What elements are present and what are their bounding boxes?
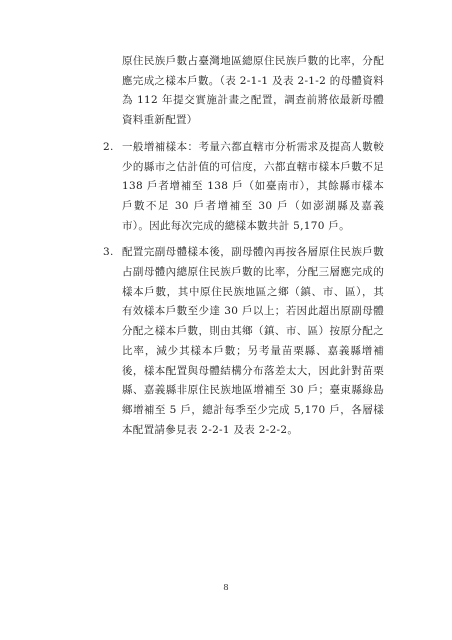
document-page: 原住民族戶數占臺灣地區總原住民族戶數的比率，分配應完成之樣本戶數。（表 2-1-…	[0, 0, 452, 640]
list-item-text: 一般增補樣本：考量六都直轄市分析需求及提高人數較少的縣市之估計值的可信度，六都直…	[122, 138, 384, 237]
paragraph-continuation: 原住民族戶數占臺灣地區總原住民族戶數的比率，分配應完成之樣本戶數。（表 2-1-…	[122, 52, 384, 131]
list-item: 3. 配置完副母體樣本後，副母體內再按各層原住民族戶數占副母體內總原住民族戶數的…	[103, 243, 385, 440]
list-item: 2. 一般增補樣本：考量六都直轄市分析需求及提高人數較少的縣市之估計值的可信度，…	[103, 138, 385, 237]
page-content: 原住民族戶數占臺灣地區總原住民族戶數的比率，分配應完成之樣本戶數。（表 2-1-…	[103, 52, 385, 447]
list-item-text: 配置完副母體樣本後，副母體內再按各層原住民族戶數占副母體內總原住民族戶數的比率，…	[122, 243, 384, 440]
list-item-number: 2.	[103, 138, 122, 158]
page-number: 8	[0, 583, 452, 593]
list-item-number: 3.	[103, 243, 122, 263]
